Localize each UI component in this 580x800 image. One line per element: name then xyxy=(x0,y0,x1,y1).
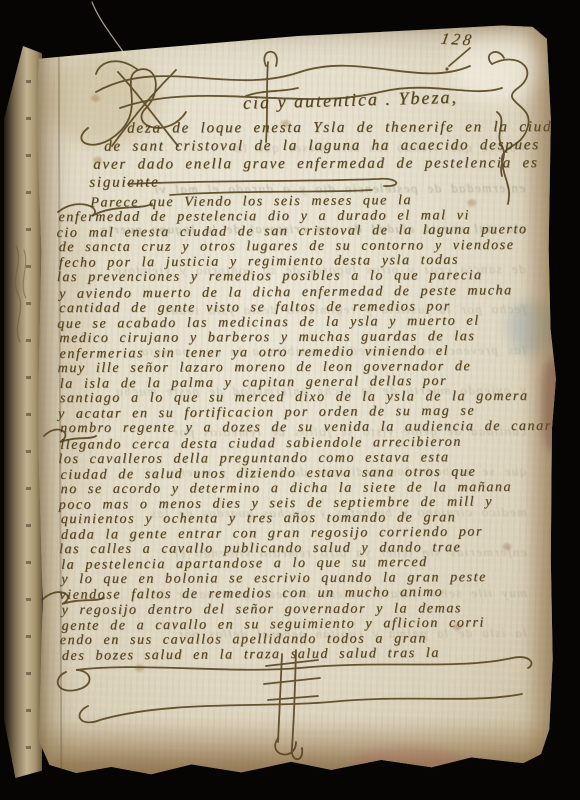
stray-thread xyxy=(92,2,126,56)
page-edge-shading xyxy=(31,23,558,777)
manuscript-photo: Parece que Viendo los seis meses que lae… xyxy=(0,0,580,800)
book-page-edges xyxy=(4,46,42,778)
manuscript-page: Parece que Viendo los seis meses que lae… xyxy=(31,23,558,777)
